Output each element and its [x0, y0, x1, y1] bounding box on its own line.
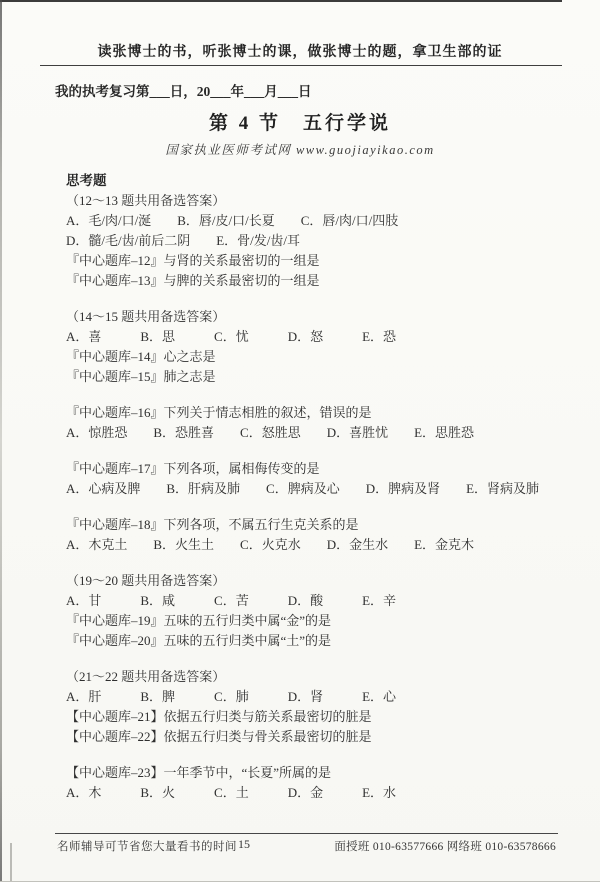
question-22: 【中心题库–22】依据五行归类与骨关系最密切的脏是 [66, 727, 572, 747]
shared-answers-header-19-20: （19～20 题共用备选答案） [66, 571, 572, 591]
question-21: 【中心题库–21】依据五行归类与筋关系最密切的脏是 [66, 707, 572, 727]
footer-rule [55, 833, 558, 834]
question-16: 『中心题库–16』下列关于情志相胜的叙述，错误的是 [66, 403, 572, 423]
question-13: 『中心题库–13』与脾的关系最密切的一组是 [66, 271, 572, 291]
section-title: 第 4 节 五行学说 [0, 111, 600, 137]
options-row-21-22: A．肝 B．脾 C．肺 D．肾 E．心 [66, 687, 572, 707]
page-number: 15 [238, 837, 250, 852]
options-row-18: A．木克土 B．火生土 C．火克水 D．金生水 E．金克木 [66, 535, 572, 555]
shared-answers-header-21-22: （21～22 题共用备选答案） [66, 667, 572, 687]
shared-answers-header-12-13: （12～13 题共用备选答案） [66, 191, 572, 211]
footer-tagline: 名师辅导可节省您大量看书的时间 [57, 838, 237, 854]
review-progress-line: 我的执考复习第___日，20___年___月___日 [0, 83, 600, 101]
question-20: 『中心题库–20』五味的五行归类中属“土”的是 [66, 631, 572, 651]
question-23: 【中心题库–23】一年季节中，“长夏”所属的是 [66, 763, 572, 783]
question-14: 『中心题库–14』心之志是 [66, 347, 572, 367]
header-slogan: 读张博士的书，听张博士的课，做张博士的题，拿卫生部的证 [0, 44, 600, 62]
question-17: 『中心题库–17』下列各项，属相侮传变的是 [66, 459, 572, 479]
scan-edge-top [0, 0, 562, 2]
subsection-heading: 思考题 [66, 171, 572, 191]
scanned-document-page: 读张博士的书，听张博士的课，做张博士的题，拿卫生部的证 我的执考复习第___日，… [0, 0, 600, 882]
website-line: 国家执业医师考试网 www.guojiayikao.com [0, 142, 600, 159]
question-18: 『中心题库–18』下列各项，不属五行生克关系的是 [66, 515, 572, 535]
options-row-abc-12-13: A．毛/肉/口/涎 B．唇/皮/口/长夏 C．唇/肉/口/四肢 [66, 211, 572, 231]
header-rule [40, 65, 562, 66]
page-footer: 名师辅导可节省您大量看书的时间 15 面授班 010-63577666 网络班 … [0, 833, 600, 859]
options-row-23: A．木 B．火 C．土 D．金 E．水 [66, 783, 572, 803]
options-row-17: A．心病及脾 B．肝病及肺 C．脾病及心 D．脾病及肾 E．肾病及肺 [66, 479, 572, 499]
options-row-16: A．惊胜恐 B．恐胜喜 C．怒胜思 D．喜胜忧 E．思胜恐 [66, 423, 572, 443]
question-12: 『中心题库–12』与肾的关系最密切的一组是 [66, 251, 572, 271]
options-row-de-12-13: D．髓/毛/齿/前后二阴 E．骨/发/齿/耳 [66, 231, 572, 251]
question-19: 『中心题库–19』五味的五行归类中属“金”的是 [66, 611, 572, 631]
options-row-14-15: A．喜 B．思 C．忧 D．怒 E．恐 [66, 327, 572, 347]
shared-answers-header-14-15: （14～15 题共用备选答案） [66, 307, 572, 327]
options-row-19-20: A．甘 B．咸 C．苦 D．酸 E．辛 [66, 591, 572, 611]
scan-edge-left [0, 0, 2, 882]
question-content: 思考题 （12～13 题共用备选答案） A．毛/肉/口/涎 B．唇/皮/口/长夏… [0, 171, 600, 803]
question-15: 『中心题库–15』肺之志是 [66, 367, 572, 387]
footer-contact-phones: 面授班 010-63577666 网络班 010-63578666 [334, 838, 556, 854]
